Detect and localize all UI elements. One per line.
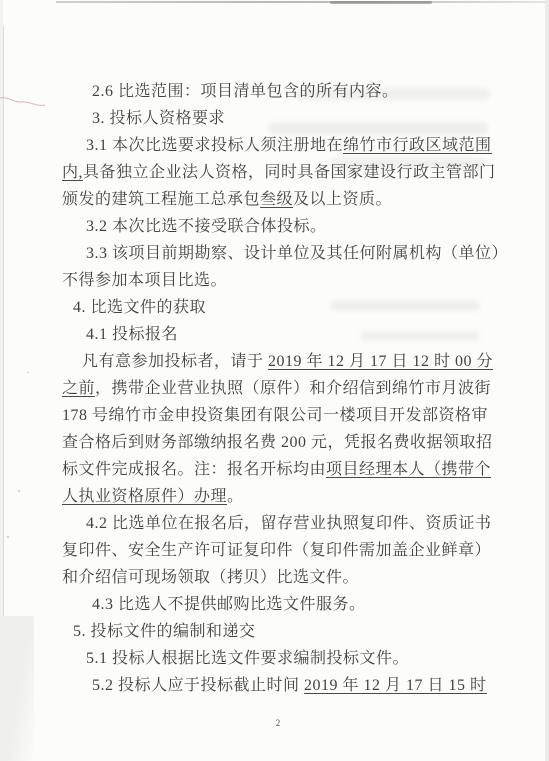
page-number: 2 [270,718,286,728]
scan-right-edge-shadow [545,0,549,761]
text-line: 4. 比选文件的获取 [62,294,492,321]
underlined-text: 叁级 [260,191,293,209]
text-run: 178 号绵竹市金申投资集团有限公司一楼项目开发部资格审 [62,407,488,424]
text-line: 178 号绵竹市金申投资集团有限公司一楼项目开发部资格审 [62,402,492,429]
text-line: 3.1 本次比选要求投标人须注册地在绵竹市行政区域范围 [62,132,492,159]
text-run: 。 [227,488,244,505]
text-run: 不得参加本项目比选。 [62,272,227,289]
text-line: 5.2 投标人应于投标截止时间 2019 年 12 月 17 日 15 时 [62,672,492,699]
scan-bottom-left-shadow [0,616,34,761]
text-run: 3.2 本次比选不接受联合体投标。 [86,218,327,235]
ink-speck [18,490,20,492]
text-line: 查合格后到财务部缴纳报名费 200 元，凭报名费收据领取招 [62,429,492,456]
text-line: 3.3 该项目前期勘察、设计单位及其任何附属机构（单位） [62,240,492,267]
text-line: 凡有意参加投标者，请于 2019 年 12 月 17 日 12 时 00 分 [62,348,492,375]
underlined-text: 人执业资格原件）办理 [62,488,227,506]
text-line: 4.1 投标报名 [62,321,492,348]
text-run: 查合格后到财务部缴纳报名费 200 元，凭报名费收据领取招 [62,434,493,451]
text-run: 具备独立企业法人资格，同时具备国家建设行政主管部门 [83,164,496,181]
text-line: 标文件完成报名。注：报名开标均由项目经理本人（携带个 [62,456,492,483]
text-run: 标文件完成报名。注：报名开标均由 [62,461,326,478]
text-line: 颁发的建筑工程施工总承包叁级及以上资质。 [62,186,492,213]
text-line: 之前，携带企业营业执照（原件）和介绍信到绵竹市月波街 [62,375,492,402]
underlined-text: 项目经理本人（携带个 [326,461,491,479]
text-run: 3.1 本次比选要求投标人须注册地在 [86,137,343,154]
text-run: 4.1 投标报名 [86,326,178,343]
text-run: 颁发的建筑工程施工总承包 [62,191,260,208]
text-line: 不得参加本项目比选。 [62,267,492,294]
scan-top-edge-dark-segment [330,1,432,4]
text-run: 复印件、安全生产许可证复印件（复印件需加盖企业鲜章） [62,542,491,559]
text-run: 3. 投标人资格要求 [92,110,225,127]
ink-speck [7,536,9,538]
text-run: 及以上资质。 [293,191,392,208]
document-body: 2.6 比选范围：项目清单包含的所有内容。3. 投标人资格要求3.1 本次比选要… [62,78,492,699]
underlined-text: 2019 年 12 月 17 日 15 时 [304,677,487,695]
text-run: 2.6 比选范围：项目清单包含的所有内容。 [92,83,399,100]
underlined-text: 之前 [62,380,95,398]
ink-speck [27,372,29,373]
text-run: 4. 比选文件的获取 [73,299,206,316]
text-run: 4.3 比选人不提供邮购比选文件服务。 [92,596,366,613]
text-line: 3. 投标人资格要求 [62,105,492,132]
underlined-text: 2019 年 12 月 17 日 12 时 00 分 [268,353,493,371]
text-run: 3.3 该项目前期勘察、设计单位及其任何附属机构（单位） [86,245,508,262]
text-line: 人执业资格原件）办理。 [62,483,492,510]
scan-top-edge-line [56,1,547,3]
text-line: 2.6 比选范围：项目清单包含的所有内容。 [62,78,492,105]
text-run: 4.2 比选单位在报名后，留存营业执照复印件、资质证书 [86,515,492,532]
text-run: 5. 投标文件的编制和递交 [73,623,256,640]
scanned-document-page: 2.6 比选范围：项目清单包含的所有内容。3. 投标人资格要求3.1 本次比选要… [0,0,549,761]
pink-pen-squiggle-mark [0,93,50,113]
text-line: 5.1 投标人根据比选文件要求编制投标文件。 [62,645,492,672]
text-line: 4.2 比选单位在报名后，留存营业执照复印件、资质证书 [62,510,492,537]
text-run: 5.2 投标人应于投标截止时间 [92,677,304,694]
text-line: 3.2 本次比选不接受联合体投标。 [62,213,492,240]
text-line: 复印件、安全生产许可证复印件（复印件需加盖企业鲜章） [62,537,492,564]
text-line: 4.3 比选人不提供邮购比选文件服务。 [62,591,492,618]
text-line: 内,具备独立企业法人资格，同时具备国家建设行政主管部门 [62,159,492,186]
text-run: 凡有意参加投标者，请于 [82,353,268,370]
underlined-text: 绵竹市行政区域范围 [343,137,492,155]
text-run: 5.1 投标人根据比选文件要求编制投标文件。 [86,650,409,667]
text-run: ，携带企业营业执照（原件）和介绍信到绵竹市月波街 [95,380,491,397]
text-line: 5. 投标文件的编制和递交 [62,618,492,645]
text-run: 和介绍信可现场领取（拷贝）比选文件。 [62,569,359,586]
text-line: 和介绍信可现场领取（拷贝）比选文件。 [62,564,492,591]
underlined-text: 内, [62,164,83,182]
